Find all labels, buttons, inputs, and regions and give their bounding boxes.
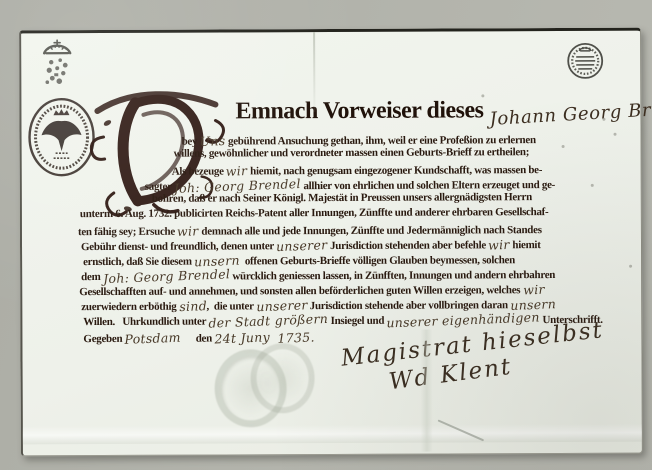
photo-background: Emnach Vorweiser dieses Johann Georg Bre… [0, 0, 652, 470]
printed-text: , die unter [207, 300, 256, 312]
printed-text: Gebühr dienst- und freundlich, denen unt… [81, 240, 276, 253]
handwritten-text: der Stadt größern [208, 311, 328, 331]
paper-speck [591, 184, 594, 187]
printed-text: Gegeben [83, 333, 124, 345]
printed-text: dem [81, 271, 103, 283]
embossed-paper-seal-icon [214, 343, 318, 429]
printed-text: Jurisdiction stehenden aber befehle [328, 239, 489, 252]
document-line-7: unterm 6. Aug. 1732. publicirten Reichs-… [80, 206, 549, 220]
handwritten-text: Johann Georg Brendel [489, 97, 652, 130]
printed-text: bohren, daß er nach Seiner Königl. Majes… [152, 191, 532, 205]
document-line-5: sagter Joh: Georg Brendel allhier von eh… [145, 176, 555, 193]
printed-text: sagter [145, 181, 174, 193]
paper-speck [562, 145, 565, 148]
printed-text: Jurisdiction stehende aber vollbringen d… [307, 299, 510, 312]
document-line-3: willens, gewöhnlicher und verordneter ma… [174, 146, 530, 160]
paper-speck [481, 94, 484, 97]
fold-crease-horizontal [23, 424, 642, 445]
printed-text: ten fähig sey; Ersuche [78, 226, 177, 238]
printed-text: Als bezeuge [172, 165, 227, 177]
document-line-4: Als bezeuge wir hiemit, nach genugsam ei… [172, 161, 542, 178]
printed-text: zuerwiedern erböthig [81, 301, 179, 313]
printed-text: allhier von ehrlichen und solchen Eltern… [301, 179, 555, 192]
document-sheet: Emnach Vorweiser dieses Johann Georg Bre… [19, 28, 643, 457]
printed-text: den [181, 333, 214, 345]
printed-text: willens, gewöhnlicher und verordneter ma… [174, 146, 530, 160]
handwritten-text: Potsdam [124, 330, 181, 347]
printed-text: hiemit [510, 239, 541, 251]
printed-text: unterm 6. Aug. 1732. publicirten Reichs-… [80, 206, 549, 220]
fold-crease-vertical [313, 32, 315, 112]
paper-speck [602, 118, 605, 121]
document-line-2: bey Uns gebührend Ansuchung gethan, ihm,… [182, 131, 536, 148]
fold-crease-vertical-lower [420, 330, 433, 452]
paper-speck [629, 265, 632, 268]
document-line-1: Emnach Vorweiser dieses Johann Georg Bre… [235, 96, 652, 125]
printed-text: ernstlich, daß Sie diesem [83, 256, 194, 268]
document-text: Emnach Vorweiser dieses Johann Georg Bre… [21, 31, 642, 456]
printed-text: Emnach Vorweiser dieses [235, 97, 489, 124]
printed-text: bey [182, 136, 200, 148]
printed-text: Willen. Uhrkundlich unter [83, 316, 208, 329]
document-line-6: bohren, daß er nach Seiner Königl. Majes… [152, 191, 532, 205]
paper-speck [614, 133, 617, 136]
printed-text: Insiegel und [328, 315, 387, 327]
